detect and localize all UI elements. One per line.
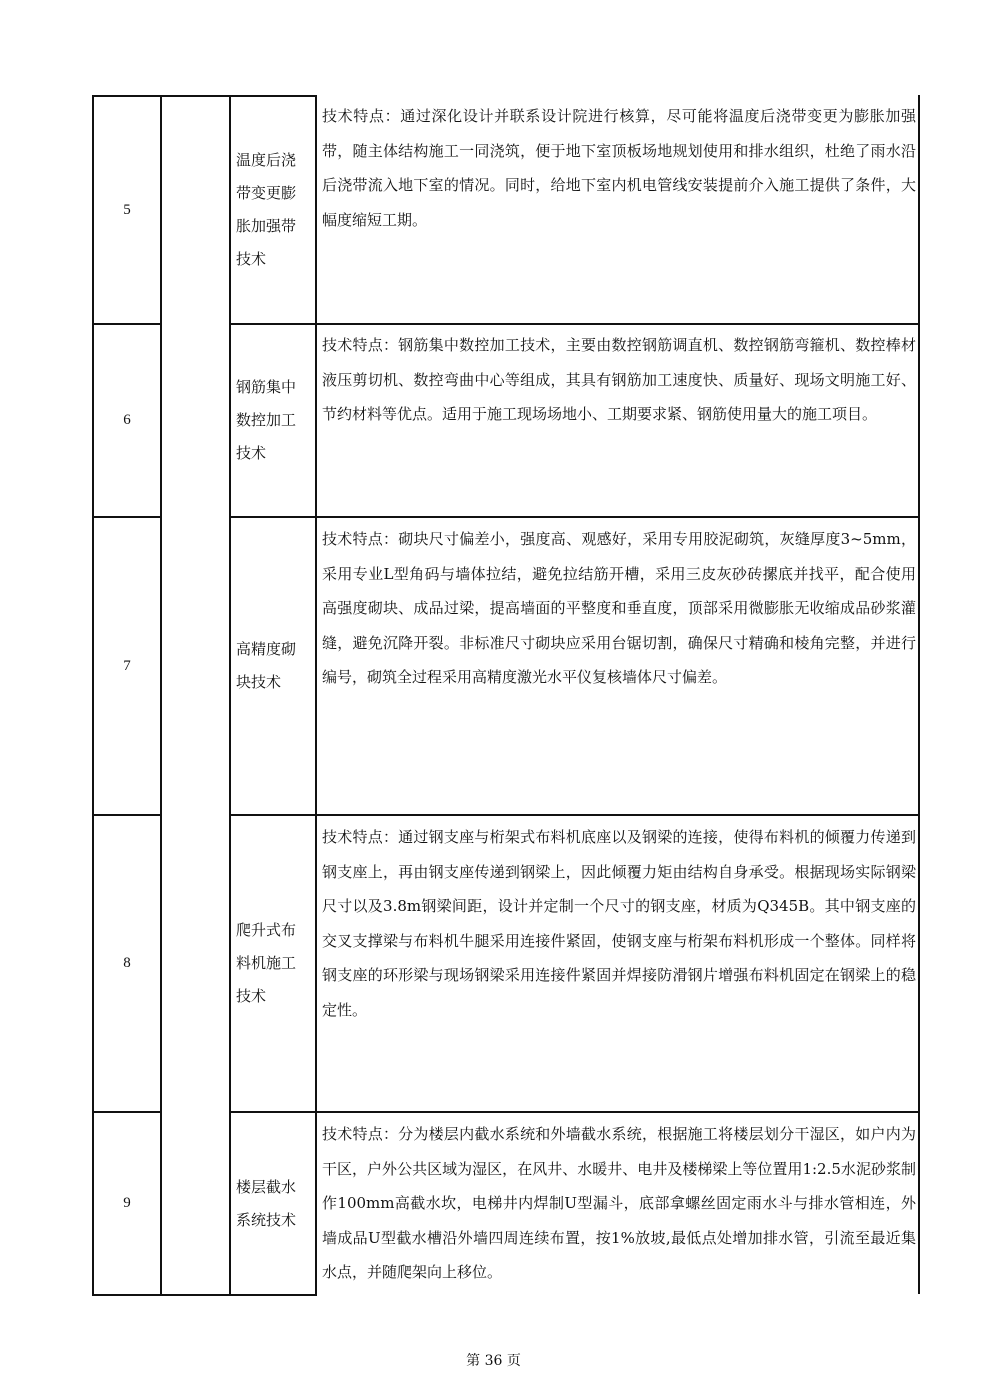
row-divider-7-8-b: [229, 814, 920, 816]
page-number: 第 36 页: [0, 1350, 987, 1370]
document-page: 5 温度后浇带变更膨胀加强带技术 技术特点：通过深化设计并联系设计院进行核算，尽…: [0, 0, 987, 1398]
row-number: 5: [93, 97, 161, 323]
row-number: 6: [93, 325, 161, 516]
table-right-border: [918, 95, 920, 1294]
row-number: 8: [93, 816, 161, 1111]
row-number: 9: [93, 1113, 161, 1294]
technology-description: 技术特点：砌块尺寸偏差小，强度高、观感好，采用专用胶泥砌筑，灰缝厚度3~5mm，…: [322, 522, 916, 695]
col-border-3: [229, 95, 231, 1296]
row-divider-8-9-b: [229, 1111, 920, 1113]
technology-name: 钢筋集中数控加工技术: [236, 325, 310, 516]
technology-description: 技术特点：通过深化设计并联系设计院进行核算，尽可能将温度后浇带变更为膨胀加强带，…: [322, 99, 916, 237]
row-divider-6-7-b: [229, 516, 920, 518]
row-number: 7: [93, 518, 161, 814]
technology-name: 高精度砌块技术: [236, 518, 310, 814]
technology-description: 技术特点：通过钢支座与桁架式布料机底座以及钢梁的连接，使得布料机的倾覆力传递到钢…: [322, 820, 916, 1027]
table-bottom-border: [92, 1294, 317, 1296]
technology-description: 技术特点：钢筋集中数控加工技术，主要由数控钢筋调直机、数控钢筋弯箍机、数控棒材液…: [322, 328, 916, 432]
row-divider-5-6-b: [229, 323, 920, 325]
col-border-4: [315, 95, 317, 1296]
technology-name: 楼层截水系统技术: [236, 1113, 310, 1294]
technology-description: 技术特点：分为楼层内截水系统和外墙截水系统，根据施工将楼层划分干湿区，如户内为干…: [322, 1117, 916, 1290]
technology-name: 温度后浇带变更膨胀加强带技术: [236, 97, 310, 323]
technology-name: 爬升式布料机施工技术: [236, 816, 310, 1111]
